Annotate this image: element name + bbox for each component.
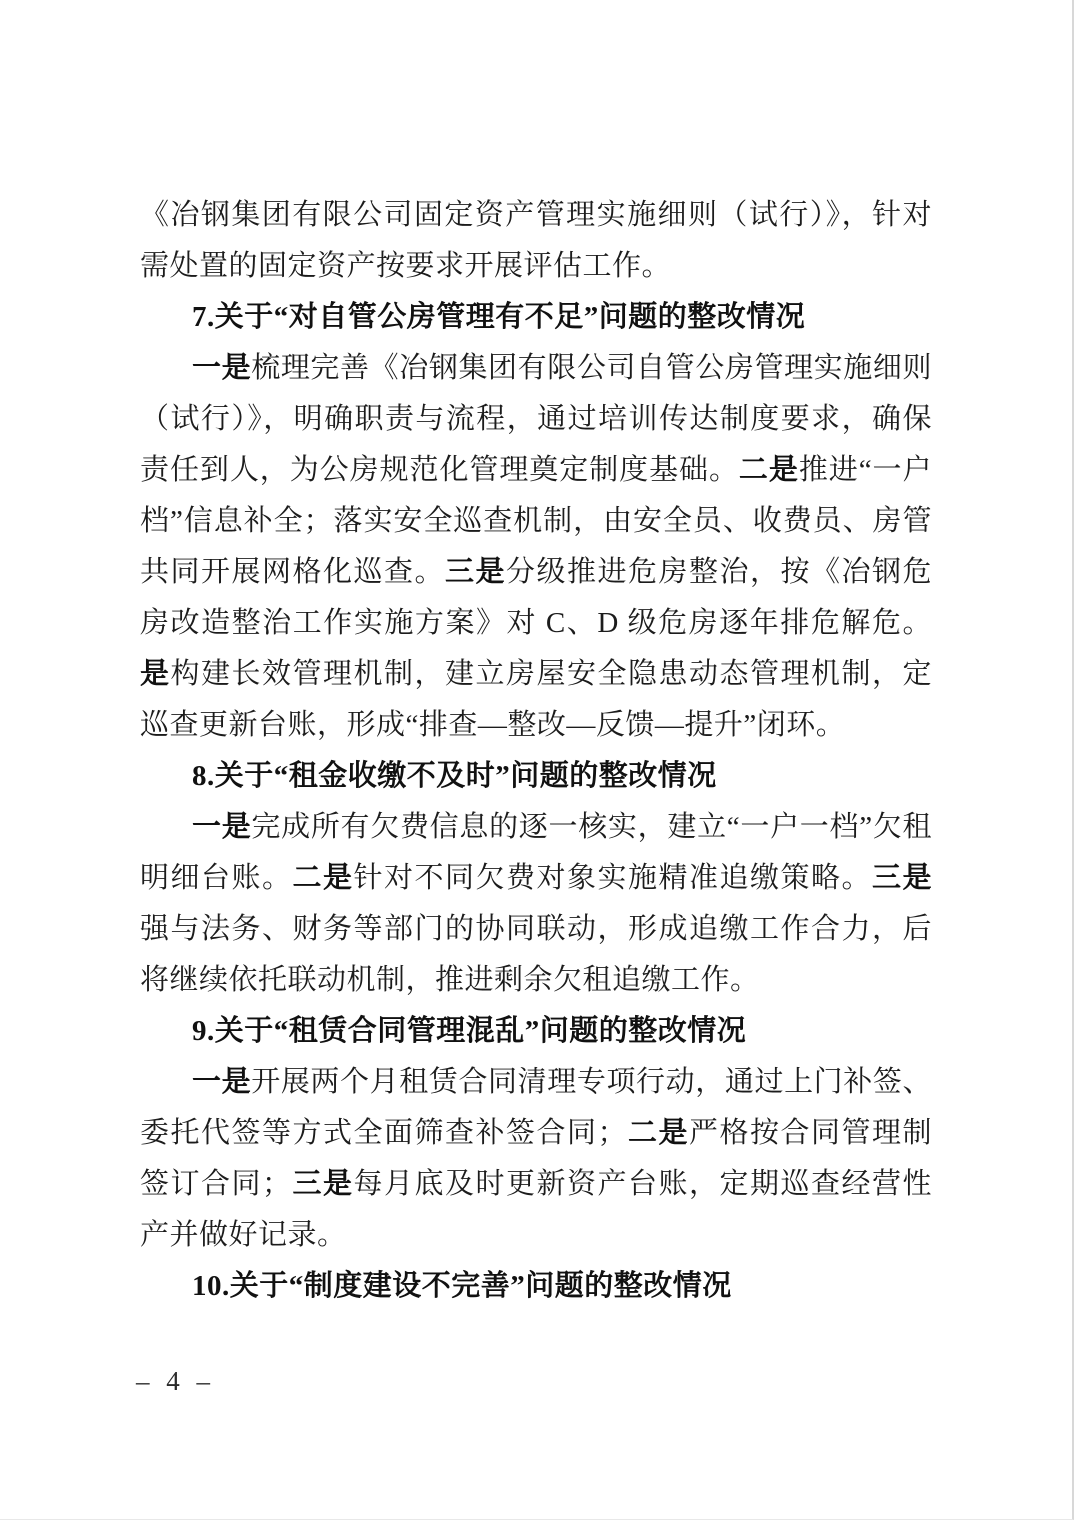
text-line: 共同开展网格化巡查。三是分级推进危房整治，按《冶钢危旧 <box>140 547 932 598</box>
heading-line: 8.关于“租金收缴不及时”问题的整改情况 <box>140 751 932 802</box>
text-line: 需处置的固定资产按要求开展评估工作。 <box>140 241 932 292</box>
text-run: 一是 <box>192 352 251 384</box>
text-line: 一是完成所有欠费信息的逐一核实，建立“一户一档”欠租 <box>140 802 932 853</box>
text-run: 7.关于“对自管公房管理有不足”问题的整改情况 <box>192 301 805 333</box>
heading-line: 10.关于“制度建设不完善”问题的整改情况 <box>140 1261 932 1312</box>
text-run: 共同开展网格化巡查。 <box>140 556 445 588</box>
text-run: 开展两个月租赁合同清理专项行动，通过上门补签、 <box>251 1066 932 1098</box>
text-run: 巡查更新台账，形成“排查—整改—反馈—提升”闭环。 <box>140 709 845 741</box>
text-run: 二是 <box>293 862 354 894</box>
text-run: 三是 <box>292 1168 354 1200</box>
text-run: 二是 <box>627 1117 689 1149</box>
text-line: 强与法务、财务等部门的协同联动，形成追缴工作合力，后续 <box>140 904 932 955</box>
text-run: 9.关于“租赁合同管理混乱”问题的整改情况 <box>192 1015 746 1047</box>
text-run: 强与法务、财务等部门的协同联动，形成追缴工作合力，后续 <box>140 913 932 955</box>
text-run: （试行）》，明确职责与流程，通过培训传达制度要求，确保 <box>140 403 932 435</box>
text-run: 《冶钢集团有限公司固定资产管理实施细则（试行）》，针对 <box>140 199 932 231</box>
document-page: 《冶钢集团有限公司固定资产管理实施细则（试行）》，针对需处置的固定资产按要求开展… <box>0 0 1074 1520</box>
text-run: 责任到人，为公房规范化管理奠定制度基础。 <box>140 454 739 486</box>
text-run: 8.关于“租金收缴不及时”问题的整改情况 <box>192 760 717 792</box>
text-run: 是 <box>140 658 171 690</box>
text-run: 房改造整治工作实施方案》对 C、D 级危房逐年排危解危。 <box>140 607 932 639</box>
text-line: 签订合同；三是每月底及时更新资产台账，定期巡查经营性资 <box>140 1159 932 1210</box>
text-line: 一是开展两个月租赁合同清理专项行动，通过上门补签、 <box>140 1057 932 1108</box>
text-run: 三是 <box>872 862 932 894</box>
text-line: 一是梳理完善《冶钢集团有限公司自管公房管理实施细则 <box>140 343 932 394</box>
heading-line: 7.关于“对自管公房管理有不足”问题的整改情况 <box>140 292 932 343</box>
text-run: 档”信息补全；落实安全巡查机制，由安全员、收费员、房管员 <box>140 505 932 547</box>
text-run: 委托代签等方式全面筛查补签合同； <box>140 1117 627 1149</box>
text-run: 一是 <box>192 811 251 843</box>
text-run: 产并做好记录。 <box>140 1219 347 1251</box>
text-line: 《冶钢集团有限公司固定资产管理实施细则（试行）》，针对 <box>140 190 932 241</box>
text-line: 明细台账。二是针对不同欠费对象实施精准追缴策略。三是加 <box>140 853 932 904</box>
text-run: 针对不同欠费对象实施精准追缴策略。 <box>354 862 872 894</box>
heading-line: 9.关于“租赁合同管理混乱”问题的整改情况 <box>140 1006 932 1057</box>
text-line: 产并做好记录。 <box>140 1210 932 1261</box>
text-run: 明细台账。 <box>140 862 293 894</box>
text-line: 档”信息补全；落实安全巡查机制，由安全员、收费员、房管员 <box>140 496 932 547</box>
text-line: 责任到人，为公房规范化管理奠定制度基础。二是推进“一户一 <box>140 445 932 496</box>
text-line: 是构建长效管理机制，建立房屋安全隐患动态管理机制，定期 <box>140 649 932 700</box>
text-line: 委托代签等方式全面筛查补签合同；二是严格按合同管理制度 <box>140 1108 932 1159</box>
text-run: 将继续依托联动机制，推进剩余欠租追缴工作。 <box>140 964 760 996</box>
page-number: – 4 – <box>136 1366 215 1397</box>
text-run: 签订合同； <box>140 1168 292 1200</box>
text-run: 二是 <box>739 454 799 486</box>
text-run: 三是 <box>445 556 506 588</box>
text-run: 梳理完善《冶钢集团有限公司自管公房管理实施细则 <box>251 352 932 384</box>
document-body: 《冶钢集团有限公司固定资产管理实施细则（试行）》，针对需处置的固定资产按要求开展… <box>140 190 932 1312</box>
text-run: 构建长效管理机制，建立房屋安全隐患动态管理机制，定期 <box>140 658 932 700</box>
text-run: 10.关于“制度建设不完善”问题的整改情况 <box>192 1270 732 1302</box>
text-line: 房改造整治工作实施方案》对 C、D 级危房逐年排危解危。四 <box>140 598 932 649</box>
text-line: 将继续依托联动机制，推进剩余欠租追缴工作。 <box>140 955 932 1006</box>
text-run: 一是 <box>192 1066 251 1098</box>
text-line: （试行）》，明确职责与流程，通过培训传达制度要求，确保 <box>140 394 932 445</box>
text-line: 巡查更新台账，形成“排查—整改—反馈—提升”闭环。 <box>140 700 932 751</box>
text-run: 需处置的固定资产按要求开展评估工作。 <box>140 250 671 282</box>
text-run: 完成所有欠费信息的逐一核实，建立“一户一档”欠租 <box>251 811 932 843</box>
